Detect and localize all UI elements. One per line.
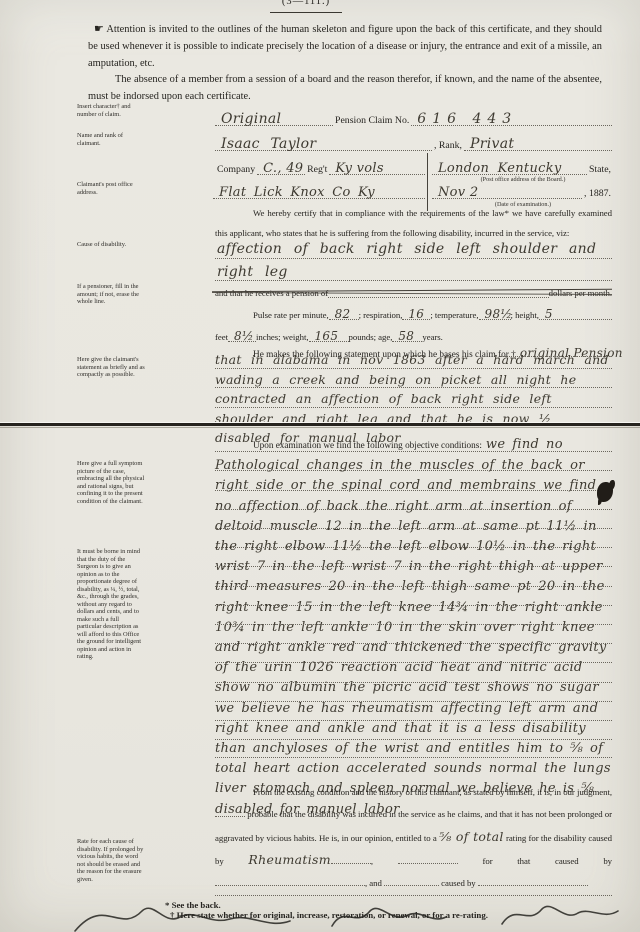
dotted-rule [215, 605, 612, 606]
pension-surgeon-certificate: (3—111.) ☛ Attention is invited to the o… [0, 0, 640, 932]
notice-para1: Attention is invited to the outlines of … [88, 24, 602, 69]
company-regiment-row: Company C., 49 Reg't Ky vols [215, 153, 425, 175]
dotted-rule [215, 407, 612, 408]
company-label: Company [215, 164, 257, 175]
exam-date-field: Nov 2 [432, 182, 582, 199]
vitals-row-2: feet 8½ inches; weight, 165 pounds; age,… [215, 326, 475, 342]
pension-claim-number-field: 616 443 [411, 103, 612, 126]
temperature-field: 98½ [479, 303, 511, 320]
board-column: London Kentucky State, (Post office addr… [427, 153, 613, 211]
dotted-rule [215, 490, 612, 491]
vitals-row-1: Pulse rate per minute, 82 ; respiration,… [253, 304, 612, 320]
claimant-address-row: Flat Lick Knox Co Ky [213, 177, 425, 199]
regiment-label: Reg't [305, 164, 329, 175]
board-address-field: London Kentucky [432, 152, 587, 175]
claim-number-row: Original Pension Claim No. 616 443 [215, 104, 612, 126]
dotted-rule [215, 451, 612, 452]
disability-cause-rated-value: Rheumatism [248, 852, 331, 867]
regiment-value: Ky vols [335, 161, 383, 176]
pulse-value: 82 [335, 307, 351, 321]
dotted-rule [215, 643, 612, 644]
rank-value: Privat [470, 136, 514, 152]
sidebar-surgeon-duty-note: It must be borne in mind that the duty o… [77, 548, 145, 661]
dotted-gap [331, 854, 371, 864]
sidebar-post-office-label: Claimant's post office address. [77, 181, 145, 196]
height-feet-value: 5 [545, 307, 553, 321]
respiration-label: ; respiration, [359, 310, 403, 320]
claim-character-field: Original [215, 103, 333, 126]
dotted-gap [384, 876, 439, 886]
judgment-part1: From the existing condition and the hist… [253, 787, 612, 797]
exam-date-row: Nov 2 , 1887. [432, 183, 613, 199]
pounds-age-label: pounds; age, [349, 332, 393, 342]
pulse-field: 82 [329, 303, 359, 320]
dotted-rule [215, 586, 612, 587]
claimant-address-value: Flat Lick Knox Co Ky [219, 185, 375, 200]
sidebar-rate-note: Rate for each cause of disability. If pr… [77, 838, 145, 883]
rank-label: , Rank, [432, 140, 464, 151]
sidebar-statement-note: Here give the claimant's statement as br… [77, 356, 145, 379]
temperature-value: 98½ [485, 307, 513, 321]
signature-stroke-right [502, 906, 618, 924]
signature-strokes [70, 898, 630, 932]
sidebar-insert-character-label: Insert character† and number of claim. [77, 103, 145, 118]
age-field: 58 [392, 325, 422, 342]
dotted-rule [215, 547, 612, 548]
dotted-rule [215, 509, 612, 510]
claim-character-value: Original [221, 111, 281, 127]
dotted-rule [215, 624, 612, 625]
company-value: C., 49 [263, 161, 303, 176]
dotted-rule [215, 701, 612, 702]
pulse-label: Pulse rate per minute, [253, 310, 329, 320]
sidebar-name-rank-label: Name and rank of claimant. [77, 132, 145, 147]
respiration-field: 16 [402, 303, 430, 320]
dotted-rule [215, 720, 612, 721]
pointing-hand-icon: ☛ [94, 22, 104, 35]
sidebar-cause-of-disability-label: Cause of disability. [77, 241, 145, 249]
dotted-rule [215, 528, 612, 529]
judgment-paragraph: From the existing condition and the hist… [215, 782, 612, 895]
signature-stroke-left [75, 908, 290, 931]
inches-weight-label: inches; weight, [256, 332, 309, 342]
claimant-name-row: Isaac Taylor , Rank, Privat [215, 129, 612, 151]
dotted-rule [215, 895, 612, 896]
scan-artifact-line [0, 427, 640, 428]
dotted-rule [215, 368, 612, 369]
exam-date-value: Nov 2 [438, 185, 478, 200]
company-field: C., 49 [257, 152, 305, 175]
dotted-rule [215, 682, 612, 683]
judgment-caused-by-label: caused by [441, 878, 475, 888]
height-feet-field: 5 [539, 303, 612, 320]
age-value: 58 [398, 329, 414, 343]
rank-field: Privat [464, 128, 612, 151]
feet-label: feet [215, 332, 228, 342]
dotted-rule [215, 258, 612, 259]
dotted-rule [215, 757, 612, 758]
claimant-address-field: Flat Lick Knox Co Ky [213, 176, 425, 199]
judgment-by-label: by [603, 856, 612, 866]
dotted-rule [215, 387, 612, 388]
board-address-row: London Kentucky State, [432, 153, 613, 175]
temperature-label: ; temperature, [430, 310, 478, 320]
height-inches-field: 8½ [228, 325, 256, 342]
years-label: years. [422, 332, 442, 342]
dotted-gap [215, 876, 365, 886]
notice-block: ☛ Attention is invited to the outlines o… [88, 21, 602, 106]
dotted-gap [215, 807, 245, 817]
judgment-part4: for that caused [482, 856, 578, 866]
examination-body: we find no Pathological changes in the m… [215, 437, 611, 817]
state-label: State, [587, 164, 613, 175]
claimant-name-value: Isaac Taylor [221, 136, 316, 152]
form-number: (3—111.) [262, 0, 350, 7]
regiment-field: Ky vols [329, 152, 425, 175]
height-label: ; height, [511, 310, 539, 320]
rating-value: ⅝ of total [439, 829, 504, 844]
weight-field: 165 [309, 325, 349, 342]
dotted-gap [478, 876, 588, 886]
examination-block: Upon examination we find the following o… [215, 434, 615, 819]
dotted-rule [215, 662, 612, 663]
pension-claim-number-value: 616 443 [417, 111, 517, 127]
judgment-and-label: , and [365, 878, 382, 888]
disability-cause-value: affection of back right side left should… [217, 238, 614, 283]
form-number-rule [270, 12, 342, 13]
judgment-comma: , [371, 856, 373, 866]
sidebar-symptom-note: Here give a full symptom picture of the … [77, 460, 145, 505]
weight-value: 165 [315, 329, 339, 343]
notice-para2: The absence of a member from a session o… [88, 74, 602, 102]
claimant-name-field: Isaac Taylor [215, 128, 432, 151]
examination-intro: Upon examination we find the following o… [253, 440, 482, 450]
sidebar-pensioner-note: If a pensioner, fill in the amount; if n… [77, 283, 145, 306]
scan-artifact-line [0, 423, 640, 426]
board-address-value: London Kentucky [438, 161, 562, 176]
pension-claim-label: Pension Claim No. [333, 115, 411, 126]
claimant-statement-body: that in alabama in nov 1863 after a hard… [215, 350, 615, 448]
dotted-rule [215, 739, 612, 740]
exam-year-label: , 1887. [582, 188, 613, 199]
dotted-rule [215, 470, 612, 471]
dotted-rule [215, 566, 612, 567]
signature-stroke-middle [332, 908, 446, 926]
height-inches-value: 8½ [234, 329, 254, 343]
dotted-gap [398, 854, 458, 864]
respiration-value: 16 [408, 307, 424, 321]
